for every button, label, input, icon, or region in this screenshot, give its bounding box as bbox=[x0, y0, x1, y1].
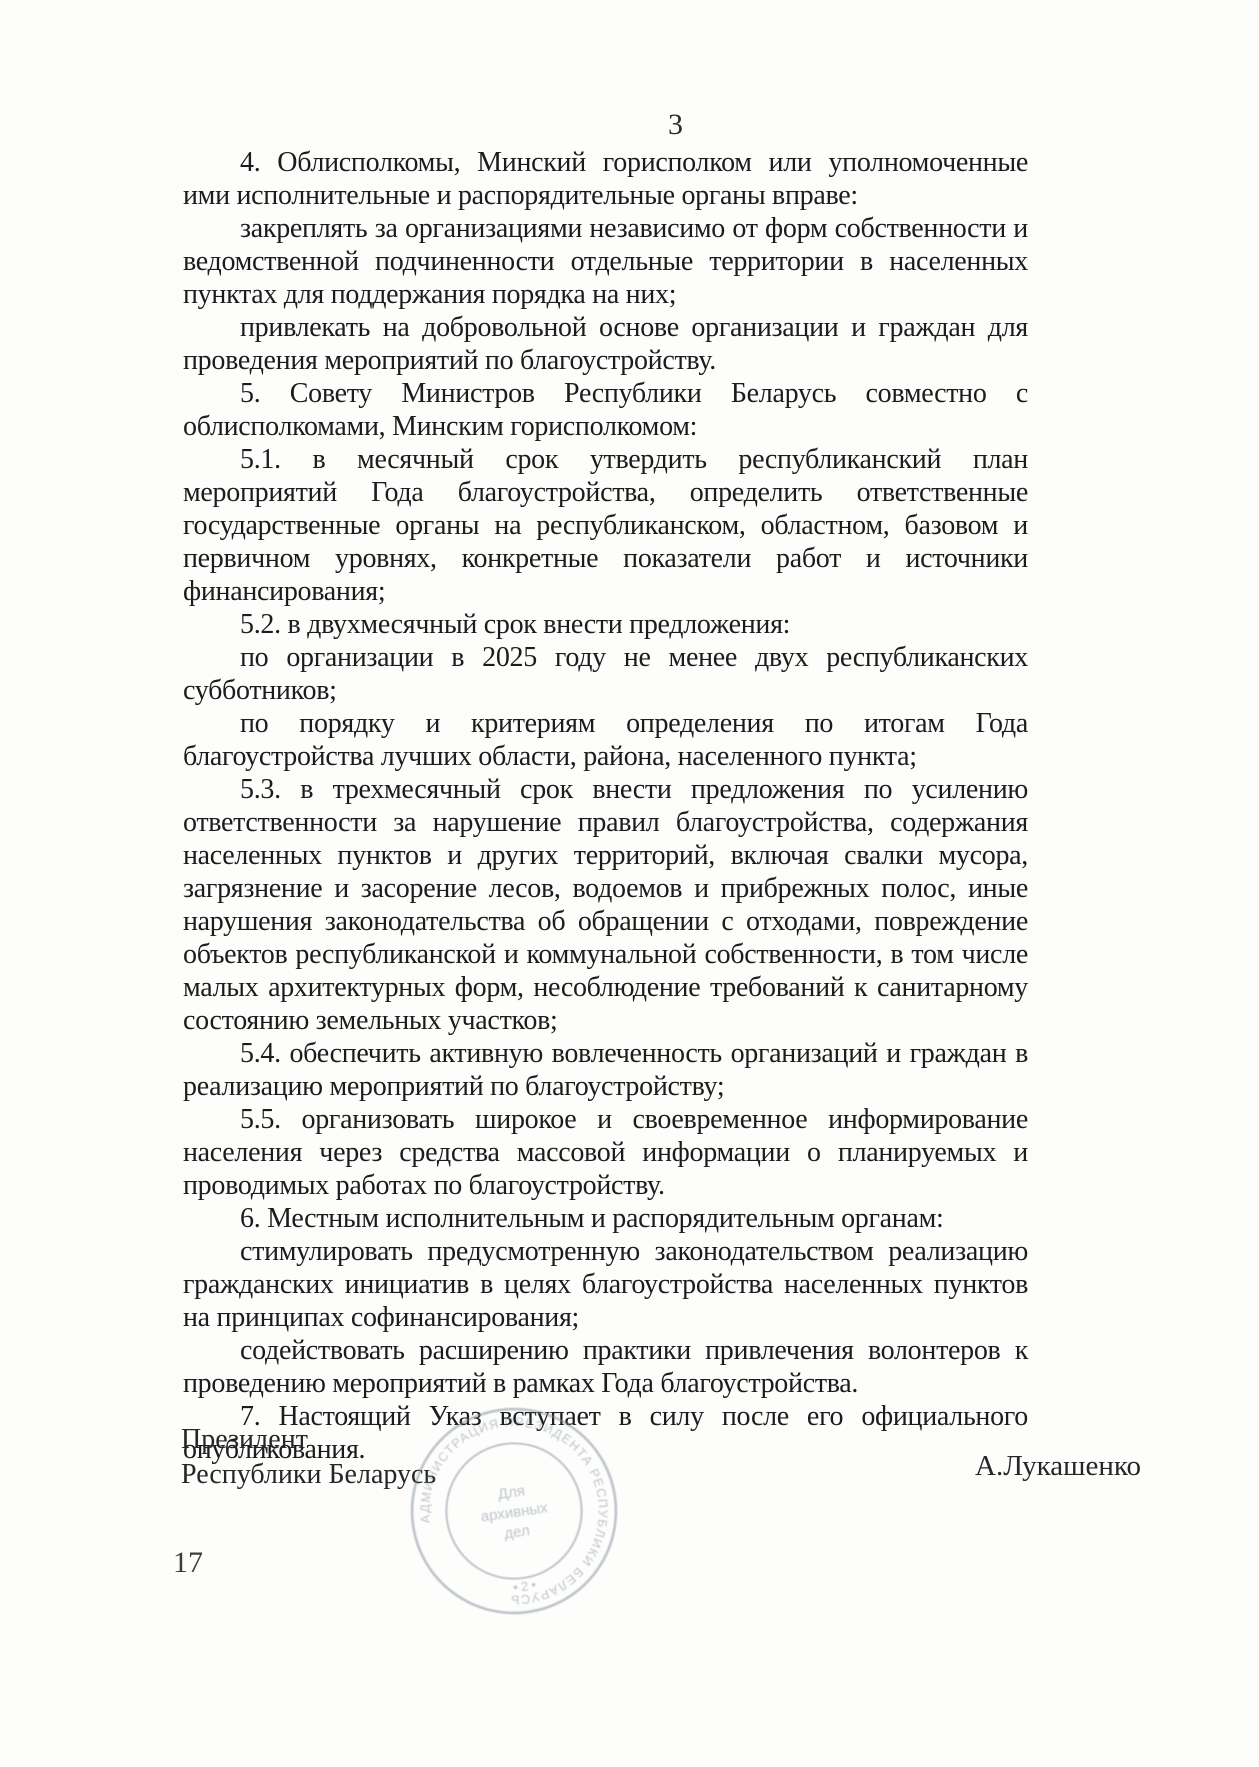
paragraph: 5.4. обеспечить активную вовлеченность о… bbox=[183, 1037, 1028, 1103]
paragraph: 5.3. в трехмесячный срок внести предложе… bbox=[183, 773, 1028, 1037]
signature-title-line1: Президент bbox=[181, 1422, 436, 1457]
signature-title-line2: Республики Беларусь bbox=[181, 1457, 436, 1492]
paragraph: закреплять за организациями независимо о… bbox=[183, 212, 1028, 311]
paragraph: 5.2. в двухмесячный срок внести предложе… bbox=[183, 608, 1028, 641]
paragraph: 5.5. организовать широкое и своевременно… bbox=[183, 1103, 1028, 1202]
stamp-bottom-text: • 2 • bbox=[511, 1576, 538, 1595]
paragraph: по организации в 2025 году не менее двух… bbox=[183, 641, 1028, 707]
paragraph: 6. Местным исполнительным и распорядител… bbox=[183, 1202, 1028, 1235]
stamp-center-line2: архивных bbox=[480, 1499, 550, 1525]
paragraph: стимулировать предусмотренную законодате… bbox=[183, 1235, 1028, 1334]
paragraph: 4. Облисполкомы, Минский горисполком или… bbox=[183, 146, 1028, 212]
footer-page-index: 17 bbox=[173, 1546, 203, 1580]
decree-text-body: 4. Облисполкомы, Минский горисполком или… bbox=[183, 146, 1028, 1466]
stamp-center-line1: Для bbox=[497, 1482, 526, 1503]
signature-title: Президент Республики Беларусь bbox=[181, 1422, 436, 1492]
paragraph: по порядку и критериям определения по ит… bbox=[183, 707, 1028, 773]
paragraph: 5. Совету Министров Республики Беларусь … bbox=[183, 377, 1028, 443]
paragraph: 5.1. в месячный срок утвердить республик… bbox=[183, 443, 1028, 608]
scanned-decree-page: 3 4. Облисполкомы, Минский горисполком и… bbox=[0, 0, 1259, 1767]
paragraph: привлекать на добровольной основе органи… bbox=[183, 311, 1028, 377]
page-number: 3 bbox=[668, 108, 683, 142]
signature-name: А.Лукашенко bbox=[975, 1450, 1141, 1483]
stamp-center-line3: дел bbox=[503, 1522, 531, 1542]
paragraph: содействовать расширению практики привле… bbox=[183, 1334, 1028, 1400]
